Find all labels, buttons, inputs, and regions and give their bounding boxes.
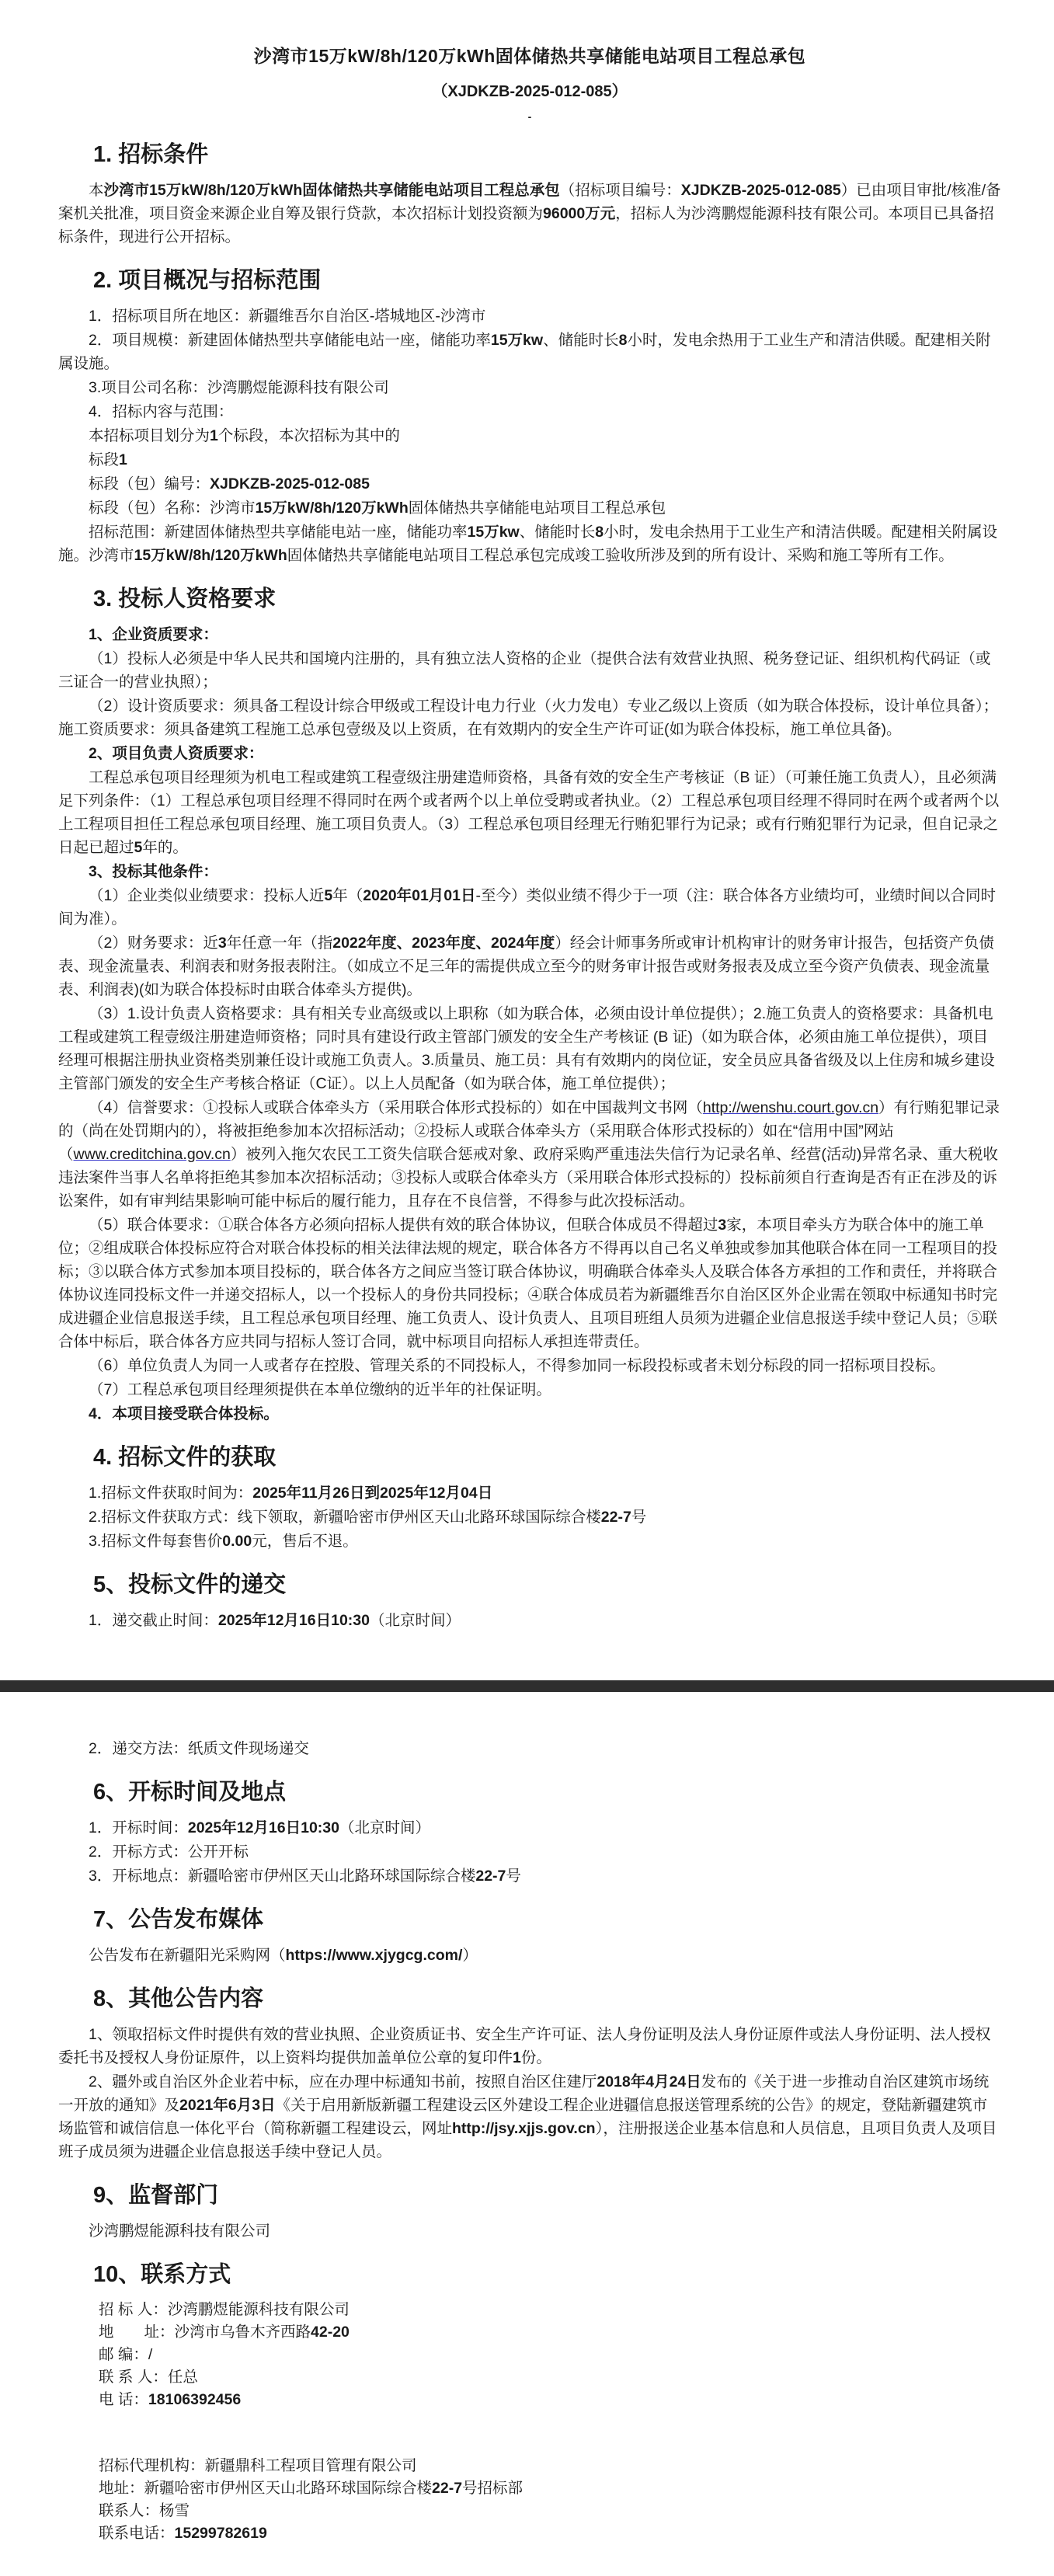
text-run: 5: [134, 839, 143, 856]
text-run: （6）单位负责人为同一人或者存在控股、管理关系的不同投标人，不得参加同一标段投标…: [89, 1357, 945, 1374]
text-run: （招标项目编号：: [560, 182, 681, 199]
text-run: 3.招标文件每套售价: [89, 1533, 222, 1550]
text-run: 固体储热共享储能电站项目工程总承包完成竣工验收所涉及到的所有设计、采购和施工等所…: [287, 547, 954, 564]
item-project-company: 3.项目公司名称：沙湾鹏煜能源科技有限公司: [58, 376, 1001, 399]
doc-obtain-time: 1.招标文件获取时间为：2025年11月26日到2025年12月04日: [58, 1481, 1001, 1505]
text-run: XJDKZB-2025-012-085: [681, 182, 841, 199]
agency-address: 地址：新疆哈密市伊州区天山北路环球国际综合楼22-7号招标部: [58, 2477, 1001, 2500]
qualification-1: （1）投标人必须是中华人民共和国境内注册的，具有独立法人资格的企业（提供合法有效…: [58, 647, 1001, 694]
text-run: 2、项目负责人资质要求：: [89, 745, 263, 762]
text-run: （1）企业类似业绩要求：投标人近: [89, 887, 324, 904]
pm-requirements: 工程总承包项目经理须为机电工程或建筑工程壹级注册建造师资格，具备有效的安全生产考…: [58, 766, 1001, 859]
contact-tenderer: 招 标 人：沙湾鹏煜能源科技有限公司: [58, 2299, 1001, 2321]
other-notice-2: 2、疆外或自治区外企业若中标，应在办理中标通知书前，按照自治区住建厅2018年4…: [58, 2070, 1001, 2163]
text-run: 2020年01月01日: [363, 887, 475, 904]
text-run: 电 话：: [99, 2391, 148, 2408]
qualification-subheading: 1、企业资质要求：: [58, 623, 1001, 646]
agency-name: 招标代理机构：新疆鼎科工程项目管理有限公司: [58, 2455, 1001, 2477]
lot-title: 标段1: [58, 448, 1001, 472]
text-run: 7、公告发布媒体: [93, 1907, 263, 1932]
text-run: 3．开标地点：新疆哈密市伊州区天山北路环球国际综合楼: [89, 1868, 475, 1885]
section-2-heading: 2. 项目概况与招标范围: [93, 263, 1001, 294]
other-notice-1: 1、领取招标文件时提供有效的营业执照、企业资质证书、安全生产许可证、法人身份证明…: [58, 2023, 1001, 2070]
text-run: 联 系 人：任总: [99, 2369, 198, 2386]
open-time: 1．开标时间：2025年12月16日10:30（北京时间）: [58, 1816, 1001, 1840]
accept-consortium: 4．本项目接受联合体投标。: [58, 1402, 1001, 1426]
text-run: 1．开标时间：: [89, 1819, 188, 1836]
page-separator: [0, 1680, 1054, 1692]
text-run: XJDKZB-2025-012-085: [210, 475, 370, 493]
section-8-heading: 8、其他公告内容: [93, 1981, 1001, 2013]
open-place: 3．开标地点：新疆哈密市伊州区天山北路环球国际综合楼22-7号: [58, 1864, 1001, 1888]
text-run: 3.项目公司名称：沙湾鹏煜能源科技有限公司: [89, 379, 389, 396]
text-run: 标段（包）编号：: [89, 475, 210, 493]
text-run: （3）1.设计负责人资格要求：具有相关专业高级或以上职称（如为联合体，必须由设计…: [58, 1005, 995, 1092]
text-run: 3、投标其他条件：: [89, 863, 218, 880]
text-run: 6、开标时间及地点: [93, 1780, 286, 1805]
text-run: 8、其他公告内容: [93, 1986, 263, 2011]
text-run: （北京时间）: [339, 1819, 430, 1836]
text-run: 2、疆外或自治区外企业若中标，应在办理中标通知书前，按照自治区住建厅: [89, 2073, 597, 2090]
text-run: 联系电话：: [99, 2525, 175, 2542]
item-project-scale: 2．项目规模：新建固体储热型共享储能电站一座，储能功率15万kw、储能时长8小时…: [58, 329, 1001, 375]
doc-dash: -: [58, 110, 1001, 123]
section-5-heading: 5、投标文件的递交: [93, 1567, 1001, 1599]
section-10-heading: 10、联系方式: [93, 2257, 1001, 2289]
text-run: 2021年6月3日: [179, 2097, 276, 2114]
text-run: 0.00: [222, 1533, 252, 1550]
text-run: 22-7: [475, 1868, 506, 1885]
text-run: 1: [119, 451, 127, 468]
lot-number: 标段（包）编号：XJDKZB-2025-012-085: [58, 472, 1001, 496]
other-1-performance: （1）企业类似业绩要求：投标人近5年（2020年01月01日-至今）类似业绩不得…: [58, 884, 1001, 931]
text-run: 固体储热共享储能电站项目工程总承包: [409, 500, 666, 517]
text-run: 地址：新疆哈密市伊州区天山北路环球国际综合楼: [99, 2480, 432, 2497]
text-run: 2025年11月26日到2025年12月04日: [252, 1485, 492, 1502]
open-method: 2．开标方式：公开开标: [58, 1840, 1001, 1864]
text-run: 10、联系方式: [93, 2262, 231, 2287]
creditchina-link[interactable]: www.creditchina.gov.cn: [74, 1146, 231, 1163]
item-lot-division: 本招标项目划分为1个标段，本次招标为其中的: [58, 424, 1001, 447]
text-run: （2）设计资质要求：须具备工程设计综合甲级或工程设计电力行业（火力发电）专业乙级…: [58, 698, 998, 738]
submit-method: 2．递交方法：纸质文件现场递交: [58, 1737, 1001, 1760]
other-3-personnel: （3）1.设计负责人资格要求：具有相关专业高级或以上职称（如为联合体，必须由设计…: [58, 1002, 1001, 1095]
text-run: 4．本项目接受联合体投标。: [89, 1405, 279, 1422]
text-run: 沙湾市15万kW/8h/120万kWh固体储热共享储能电站项目工程总承包: [104, 182, 560, 199]
text-run: 本招标项目划分为: [89, 427, 210, 444]
contact-address: 地 址：沙湾市乌鲁木齐西路42-20: [58, 2321, 1001, 2344]
text-run: 18106392456: [148, 2391, 241, 2408]
item-tender-scope-label: 4．招标内容与范围：: [58, 400, 1001, 423]
submit-deadline: 1．递交截止时间：2025年12月16日10:30（北京时间）: [58, 1609, 1001, 1632]
text-run: 9、监督部门: [93, 2183, 218, 2208]
text-run: 1．招标项目所在地区：新疆维吾尔自治区-塔城地区-沙湾市: [89, 308, 485, 325]
text-run: 3: [218, 935, 227, 952]
text-run: 5、投标文件的递交: [93, 1572, 286, 1597]
text-run: 号: [631, 1509, 647, 1526]
text-run: 工程总承包项目经理须为机电工程或建筑工程壹级注册建造师资格，具备有效的安全生产考…: [58, 769, 999, 856]
text-run: 1. 招标条件: [93, 142, 208, 167]
text-run: 22-7: [432, 2480, 462, 2497]
text-run: 2022年度、2023年度、2024年度: [332, 935, 555, 952]
document-page: 沙湾市15万kW/8h/120万kWh固体储热共享储能电站项目工程总承包 （XJ…: [0, 0, 1054, 2576]
item-project-region: 1．招标项目所在地区：新疆维吾尔自治区-塔城地区-沙湾市: [58, 305, 1001, 328]
text-run: http://jsy.xjjs.gov.cn: [452, 2120, 596, 2137]
text-run: 份。: [521, 2049, 551, 2066]
text-run: 年的。: [142, 839, 188, 856]
wenshu-court-link[interactable]: http://wenshu.court.gov.cn: [703, 1099, 878, 1116]
text-run: 3: [718, 1217, 726, 1234]
intro-paragraph: 本沙湾市15万kW/8h/120万kWh固体储热共享储能电站项目工程总承包（招标…: [58, 179, 1001, 249]
text-run: 招标范围：新建固体储热型共享储能电站一座，储能功率: [89, 524, 468, 541]
blank-gap: [58, 2411, 1001, 2455]
text-run: （2）财务要求：近: [89, 935, 218, 952]
text-run: 元，售后不退。: [252, 1533, 358, 1550]
text-run: 1.招标文件获取时间为：: [89, 1485, 252, 1502]
text-run: https://www.xjygcg.com/: [286, 1947, 463, 1964]
text-run: 22-7: [601, 1509, 631, 1526]
text-run: 2025年12月16日10:30: [188, 1819, 339, 1836]
announce-media: 公告发布在新疆阳光采购网（https://www.xjygcg.com/）: [58, 1944, 1001, 1967]
text-run: 招标代理机构：新疆鼎科工程项目管理有限公司: [99, 2457, 417, 2474]
text-run: 8: [619, 332, 628, 349]
text-run: （5）联合体要求：①联合体各方必须向招标人提供有效的联合体协议，但联合体成员不得…: [89, 1217, 718, 1234]
text-run: 4．招标内容与范围：: [89, 403, 233, 420]
text-run: 15万kw: [468, 524, 520, 541]
doc-obtain-method: 2.招标文件获取方式：线下领取，新疆哈密市伊州区天山北路环球国际综合楼22-7号: [58, 1506, 1001, 1529]
text-run: 15万kW/8h/120万kWh: [256, 500, 409, 517]
text-run: 年任意一年（指: [227, 935, 333, 952]
text-run: 号: [506, 1868, 521, 1885]
agency-person: 联系人：杨雪: [58, 2500, 1001, 2522]
text-run: 3. 投标人资格要求: [93, 587, 276, 611]
text-run: 沙湾鹏煜能源科技有限公司: [89, 2223, 270, 2240]
text-run: 15万kw: [491, 332, 543, 349]
text-run: 2.招标文件获取方式：线下领取，新疆哈密市伊州区天山北路环球国际综合楼: [89, 1509, 601, 1526]
text-run: 8: [595, 524, 604, 541]
section-9-heading: 9、监督部门: [93, 2177, 1001, 2209]
other-4-credit: （4）信誉要求：①投标人或联合体牵头方（采用联合体形式投标的）如在中国裁判文书网…: [58, 1096, 1001, 1213]
text-run: 号招标部: [462, 2480, 523, 2497]
text-run: 、储能时长: [543, 332, 619, 349]
supervision-org: 沙湾鹏煜能源科技有限公司: [58, 2219, 1001, 2243]
text-run: 标段: [89, 451, 119, 468]
text-run: 1、企业资质要求：: [89, 626, 218, 643]
text-run: 1: [513, 2049, 521, 2066]
text-run: 2．项目规模：新建固体储热型共享储能电站一座，储能功率: [89, 332, 491, 349]
agency-phone: 联系电话：15299782619: [58, 2522, 1001, 2545]
text-run: 1: [210, 427, 218, 444]
other-6-same-leader: （6）单位负责人为同一人或者存在控股、管理关系的不同投标人，不得参加同一标段投标…: [58, 1354, 1001, 1377]
text-run: 公告发布在新疆阳光采购网（: [89, 1947, 286, 1964]
text-run: （7）工程总承包项目经理须提供在本单位缴纳的近半年的社保证明。: [89, 1381, 551, 1398]
pm-subheading: 2、项目负责人资质要求：: [58, 742, 1001, 765]
section-6-heading: 6、开标时间及地点: [93, 1774, 1001, 1806]
text-run: 联系人：杨雪: [99, 2502, 190, 2519]
text-run: 地 址：沙湾市乌鲁木齐西路: [99, 2324, 311, 2341]
qualification-2: （2）设计资质要求：须具备工程设计综合甲级或工程设计电力行业（火力发电）专业乙级…: [58, 694, 1001, 741]
other-subheading: 3、投标其他条件：: [58, 860, 1001, 883]
text-run: 2．递交方法：纸质文件现场递交: [89, 1740, 309, 1757]
contact-phone: 电 话：18106392456: [58, 2389, 1001, 2411]
section-4-heading: 4. 招标文件的获取: [93, 1439, 1001, 1471]
text-run: ）: [462, 1947, 478, 1964]
contact-person: 联 系 人：任总: [58, 2366, 1001, 2389]
doc-price: 3.招标文件每套售价0.00元，售后不退。: [58, 1530, 1001, 1553]
section-3-heading: 3. 投标人资格要求: [93, 581, 1001, 613]
text-run: 本: [89, 182, 104, 199]
text-run: 邮 编：/: [99, 2346, 152, 2363]
doc-title: 沙湾市15万kW/8h/120万kWh固体储热共享储能电站项目工程总承包: [58, 42, 1001, 68]
text-run: （北京时间）: [370, 1612, 461, 1629]
section-7-heading: 7、公告发布媒体: [93, 1902, 1001, 1934]
lot-scope: 招标范围：新建固体储热型共享储能电站一座，储能功率15万kw、储能时长8小时，发…: [58, 520, 1001, 567]
section-1-heading: 1. 招标条件: [93, 137, 1001, 169]
text-run: 家，本项目牵头方为联合体中的施工单位；②组成联合体投标应符合对联合体投标的相关法…: [58, 1217, 997, 1350]
text-run: 、储能时长: [520, 524, 596, 541]
text-run: 96000万元: [543, 205, 615, 222]
tender-announcement-document: 沙湾市15万kW/8h/120万kWh固体储热共享储能电站项目工程总承包 （XJ…: [0, 0, 1054, 2576]
text-run: 年（: [332, 887, 363, 904]
text-run: 个标段，本次招标为其中的: [218, 427, 400, 444]
text-run: 2. 项目概况与招标范围: [93, 268, 321, 293]
text-run: 标段（包）名称：沙湾市: [89, 500, 256, 517]
text-run: 15万kW/8h/120万kWh: [134, 547, 287, 564]
text-run: 2．开标方式：公开开标: [89, 1843, 249, 1861]
other-2-finance: （2）财务要求：近3年任意一年（指2022年度、2023年度、2024年度）经会…: [58, 931, 1001, 1001]
text-run: （4）信誉要求：①投标人或联合体牵头方（采用联合体形式投标的）如在中国裁判文书网…: [89, 1099, 703, 1116]
text-run: （1）投标人必须是中华人民共和国境内注册的，具有独立法人资格的企业（提供合法有效…: [58, 650, 990, 691]
contact-postcode: 邮 编：/: [58, 2344, 1001, 2366]
text-run: 5: [324, 887, 332, 904]
other-5-consortium: （5）联合体要求：①联合体各方必须向招标人提供有效的联合体协议，但联合体成员不得…: [58, 1213, 1001, 1353]
text-run: 1．递交截止时间：: [89, 1612, 218, 1629]
lot-name: 标段（包）名称：沙湾市15万kW/8h/120万kWh固体储热共享储能电站项目工…: [58, 496, 1001, 520]
other-7-social-security: （7）工程总承包项目经理须提供在本单位缴纳的近半年的社保证明。: [58, 1378, 1001, 1401]
text-run: 42-20: [311, 2324, 350, 2341]
text-run: 2018年4月24日: [597, 2073, 701, 2090]
text-run: 2025年12月16日10:30: [218, 1612, 370, 1629]
text-run: 4. 招标文件的获取: [93, 1445, 276, 1470]
doc-subtitle: （XJDKZB-2025-012-085）: [58, 78, 1001, 101]
document-blocks: 1. 招标条件本沙湾市15万kW/8h/120万kWh固体储热共享储能电站项目工…: [58, 137, 1001, 2545]
text-run: 15299782619: [175, 2525, 267, 2542]
text-run: 招 标 人：沙湾鹏煜能源科技有限公司: [99, 2301, 350, 2318]
